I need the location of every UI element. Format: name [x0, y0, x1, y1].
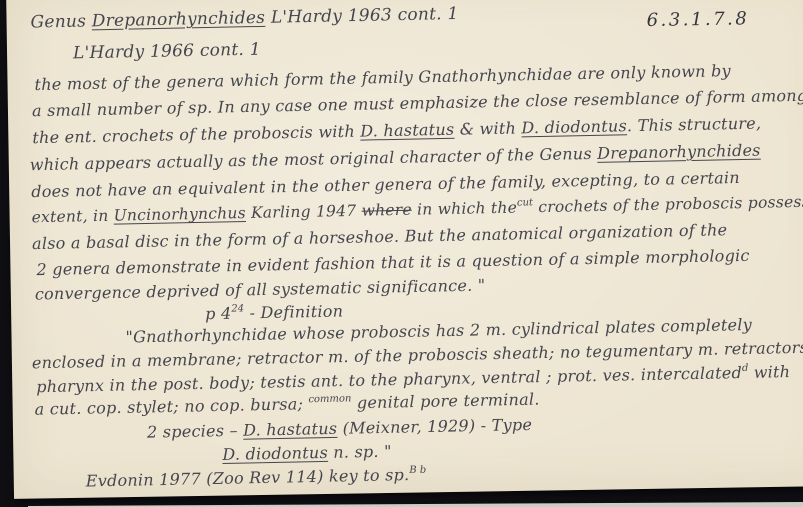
- text-segment: crochets of the proboscis possess: [533, 193, 803, 217]
- text-segment: the ent. crochets of the proboscis with: [32, 122, 360, 148]
- handwritten-line: convergence deprived of all systematic s…: [35, 276, 486, 304]
- text-segment: L'Hardy 1966 cont. 1: [73, 40, 261, 64]
- underlined-text: D. hastatus: [243, 419, 338, 440]
- text-segment: . This structure,: [627, 114, 762, 136]
- handwritten-line: L'Hardy 1966 cont. 1: [73, 40, 261, 64]
- text-segment: genital pore terminal.: [351, 390, 539, 413]
- handwritten-line: 2 species – D. hastatus (Meixner, 1929) …: [147, 415, 532, 442]
- text-segment: convergence deprived of all systematic s…: [35, 276, 486, 304]
- text-segment: Evdonin 1977 (Zoo Rev 114) key to sp.: [86, 465, 410, 490]
- superscript-text: cut: [517, 197, 533, 208]
- text-segment: which appears actually as the most origi…: [30, 144, 598, 174]
- handwritten-line: p 424 - Definition: [205, 301, 343, 323]
- text-segment: L'Hardy 1963 cont. 1: [265, 4, 459, 28]
- underlined-text: Uncinorhynchus: [113, 204, 246, 225]
- handwritten-line: Genus Drepanorhynchides L'Hardy 1963 con…: [30, 4, 458, 33]
- text-segment: Karling 1947: [246, 202, 362, 222]
- underlined-text: Drepanorhynchides: [597, 141, 761, 163]
- scan-edge-strip: [28, 502, 803, 507]
- text-segment: 2 species –: [147, 421, 243, 442]
- text-segment: a cut. cop. stylet; no cop. bursa;: [34, 394, 308, 418]
- text-segment: n. sp. ": [328, 442, 392, 462]
- underlined-text: D. hastatus: [360, 120, 455, 141]
- superscript-text: 24: [231, 303, 244, 314]
- superscript-text: common: [308, 393, 351, 405]
- underlined-text: D. diodontus: [521, 116, 627, 137]
- text-segment: - Definition: [244, 301, 343, 322]
- index-card: 6.3.1.7.8 Genus Drepanorhynchides L'Hard…: [6, 0, 803, 499]
- underlined-text: Drepanorhynchides: [92, 8, 266, 31]
- text-segment: & with: [454, 118, 521, 138]
- catalog-number: 6.3.1.7.8: [646, 8, 749, 31]
- superscript-text: d: [742, 363, 749, 374]
- text-segment: extent, in: [31, 207, 113, 227]
- photo-background: 6.3.1.7.8 Genus Drepanorhynchides L'Hard…: [0, 0, 803, 507]
- underlined-text: D. diodontus: [222, 443, 328, 464]
- superscript-text: B b: [409, 465, 426, 476]
- text-segment: in which the: [412, 199, 518, 219]
- handwritten-line: Evdonin 1977 (Zoo Rev 114) key to sp.B b: [86, 465, 427, 491]
- text-segment: p 4: [205, 304, 232, 324]
- text-segment: Genus: [30, 11, 92, 32]
- struck-text: where: [361, 201, 412, 220]
- text-segment: with: [748, 362, 790, 382]
- text-segment: (Meixner, 1929) - Type: [337, 415, 532, 438]
- handwritten-line: D. diodontus n. sp. ": [222, 442, 392, 464]
